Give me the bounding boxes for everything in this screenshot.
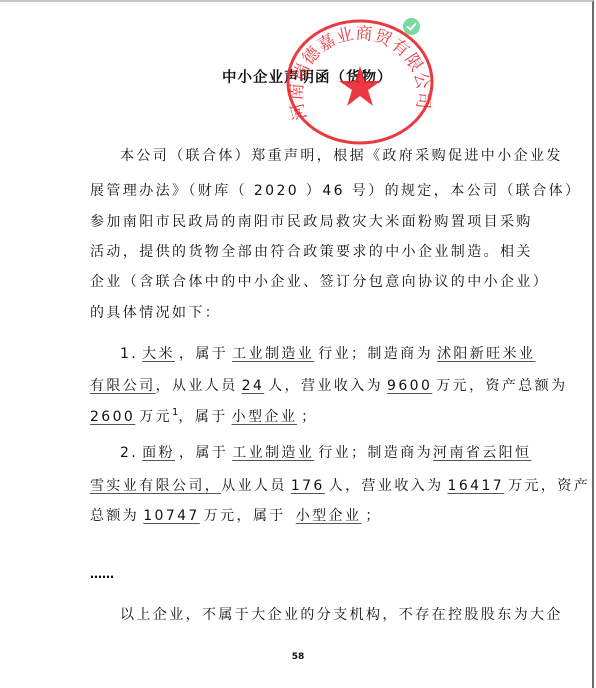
label: 万元，资产	[508, 478, 590, 494]
closing-line: 以上企业，不属于大企业的分支机构，不存在控股股东为大企	[120, 604, 563, 624]
document-title: 中小企业声明函（货物）	[222, 66, 393, 87]
item-1-line-2: 有限公司，从业人员24人，营业收入为9600万元，资产总额为	[90, 375, 567, 395]
assets: 10747	[139, 508, 204, 524]
label: 万元	[139, 409, 172, 425]
page-number: 58	[0, 652, 596, 662]
manufacturer: 雪实业有限公司，	[90, 478, 221, 494]
label: 总额为	[90, 508, 139, 524]
manufacturer: 沭阳新旺米业	[433, 346, 539, 362]
revenue: 16417	[444, 478, 509, 494]
employees: 24	[238, 378, 269, 394]
industry: 工业制造业	[228, 346, 318, 362]
product-name: 大米	[138, 346, 179, 362]
item-2-line-3: 总额为10747万元，属于小型企业；	[90, 505, 382, 525]
label: 人，营业收入为	[268, 378, 383, 394]
verified-check-icon[interactable]	[403, 18, 420, 35]
manufacturer: 有限公司	[90, 378, 156, 394]
intro-line-4: 活动，提供的货物全部由符合政策要求的中小企业制造。相关	[90, 241, 533, 261]
intro-line-6: 的具体情况如下：	[90, 302, 221, 322]
enterprise-size: 小型企业	[292, 508, 366, 524]
intro-line-2: 展管理办法》（财库（ 2020 ）46 号）的规定，本公司（联合体）	[90, 180, 581, 200]
label: ；	[365, 508, 381, 524]
label: 从业人员	[221, 478, 287, 494]
intro-line-5: 企业（含联合体中的中小企业、签订分包意向协议的中小企业）	[90, 271, 549, 291]
label: 行业；制造商为	[318, 445, 433, 461]
intro-line-1: 本公司（联合体）郑重声明，根据《政府采购促进中小企业发	[120, 145, 563, 165]
product-name: 面粉	[138, 445, 179, 461]
revenue: 9600	[383, 378, 436, 394]
item-1-line-3: 2600万元1，属于小型企业；	[90, 406, 318, 426]
label: ，属于	[179, 346, 228, 362]
label: 万元，资产总额为	[436, 378, 567, 394]
label: 人，营业收入为	[329, 478, 444, 494]
document-page: 中小企业声明函（货物） 本公司（联合体）郑重声明，根据《政府采购促进中小企业发 …	[0, 0, 594, 688]
label: 万元，属于	[204, 508, 286, 524]
ellipsis: ……	[90, 567, 114, 581]
intro-line-3: 参加南阳市民政局的南阳市民政局救灾大米面粉购置项目采购	[90, 211, 533, 231]
label: ，属于	[178, 409, 227, 425]
industry: 工业制造业	[228, 445, 318, 461]
item-2-line-1: 2.面粉，属于工业制造业行业；制造商为河南省云阳恒	[120, 442, 531, 462]
item-number: 1.	[120, 346, 138, 362]
label: 行业；制造商为	[318, 346, 433, 362]
item-number: 2.	[120, 445, 138, 461]
item-2-line-2: 雪实业有限公司，从业人员176人，营业收入为16417万元，资产	[90, 475, 590, 495]
label: ，从业人员	[156, 378, 238, 394]
enterprise-size: 小型企业	[228, 409, 302, 425]
item-1-line-1: 1.大米，属于工业制造业行业；制造商为沭阳新旺米业	[120, 343, 539, 363]
assets: 2600	[90, 409, 139, 425]
manufacturer: 河南省云阳恒	[433, 445, 531, 461]
label: ；	[301, 409, 317, 425]
label: ，属于	[179, 445, 228, 461]
employees: 176	[287, 478, 329, 494]
